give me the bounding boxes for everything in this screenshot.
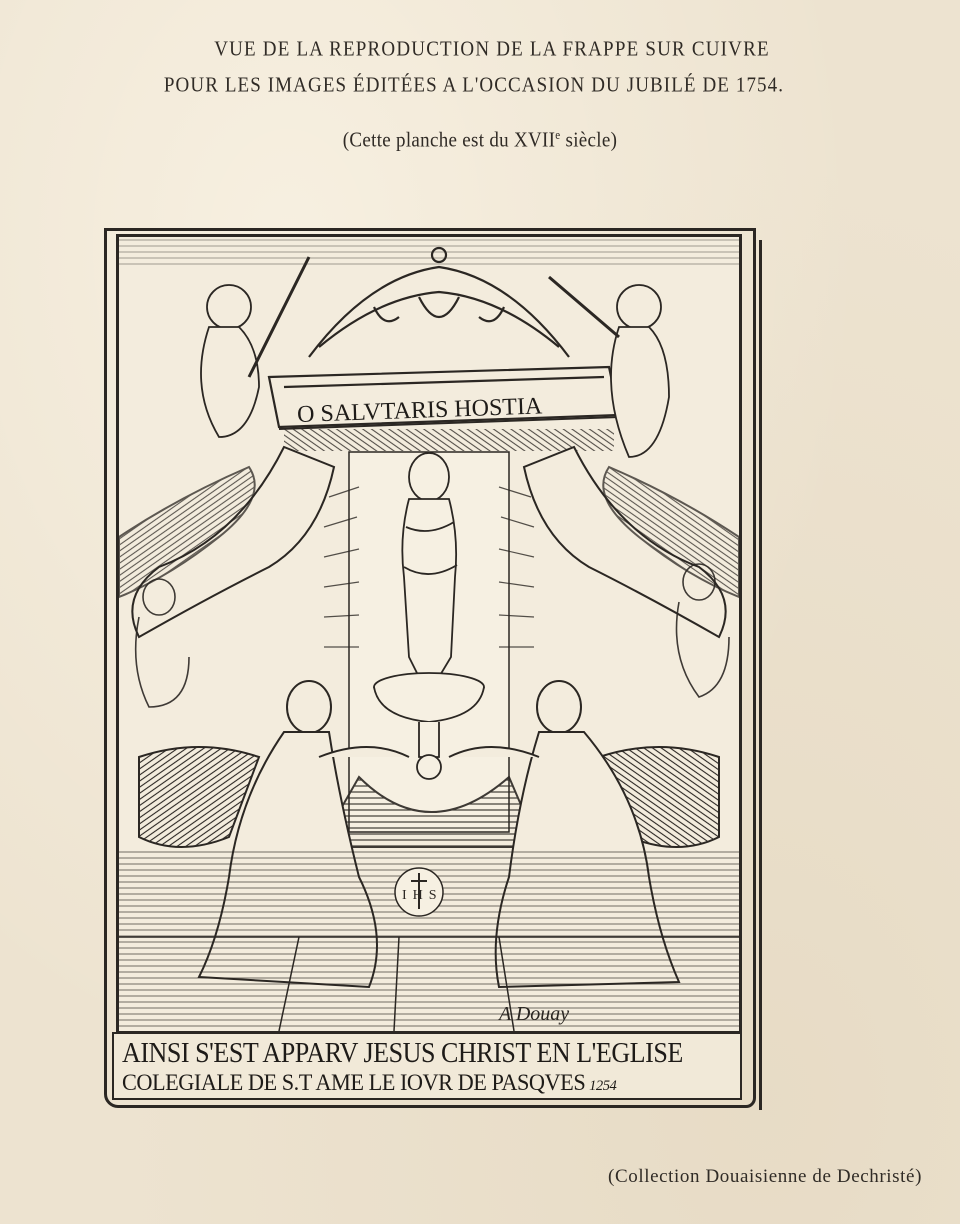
engraving-caption-box: AINSI S'EST APPARV JESUS CHRIST EN L'EGL…: [112, 1032, 742, 1100]
subtitle-suffix: siècle): [560, 129, 617, 152]
engraving-right-rule: [759, 240, 762, 1110]
subtitle-prefix: (Cette planche est du XVII: [343, 129, 556, 152]
svg-text:IHS: IHS: [402, 888, 443, 903]
page-subtitle: (Cette planche est du XVIIe siècle): [0, 129, 960, 153]
caption-line-2-text: COLEGIALE DE S.T AME LE IOVR DE PASQVES: [122, 1070, 585, 1095]
engraving-illustration: O SALVTARIS HOSTIA: [116, 234, 742, 1034]
caption-line-1: AINSI S'EST APPARV JESUS CHRIST EN L'EGL…: [122, 1038, 691, 1070]
ihs-monogram: IHS: [395, 868, 443, 916]
artist-signature: A Douay: [499, 1003, 569, 1026]
page-title-line-2: POUR LES IMAGES ÉDITÉES A L'OCCASION DU …: [0, 74, 954, 99]
collection-credit: (Collection Douaisienne de Dechristé): [608, 1166, 922, 1188]
caption-year: 1254: [589, 1078, 616, 1094]
engraving-plate: O SALVTARIS HOSTIA: [96, 222, 762, 1110]
caption-line-2: COLEGIALE DE S.T AME LE IOVR DE PASQVES1…: [122, 1070, 716, 1096]
page-title-line-1: VUE DE LA REPRODUCTION DE LA FRAPPE SUR …: [12, 38, 960, 63]
engraving-illustration-svg: O SALVTARIS HOSTIA: [119, 237, 739, 1031]
